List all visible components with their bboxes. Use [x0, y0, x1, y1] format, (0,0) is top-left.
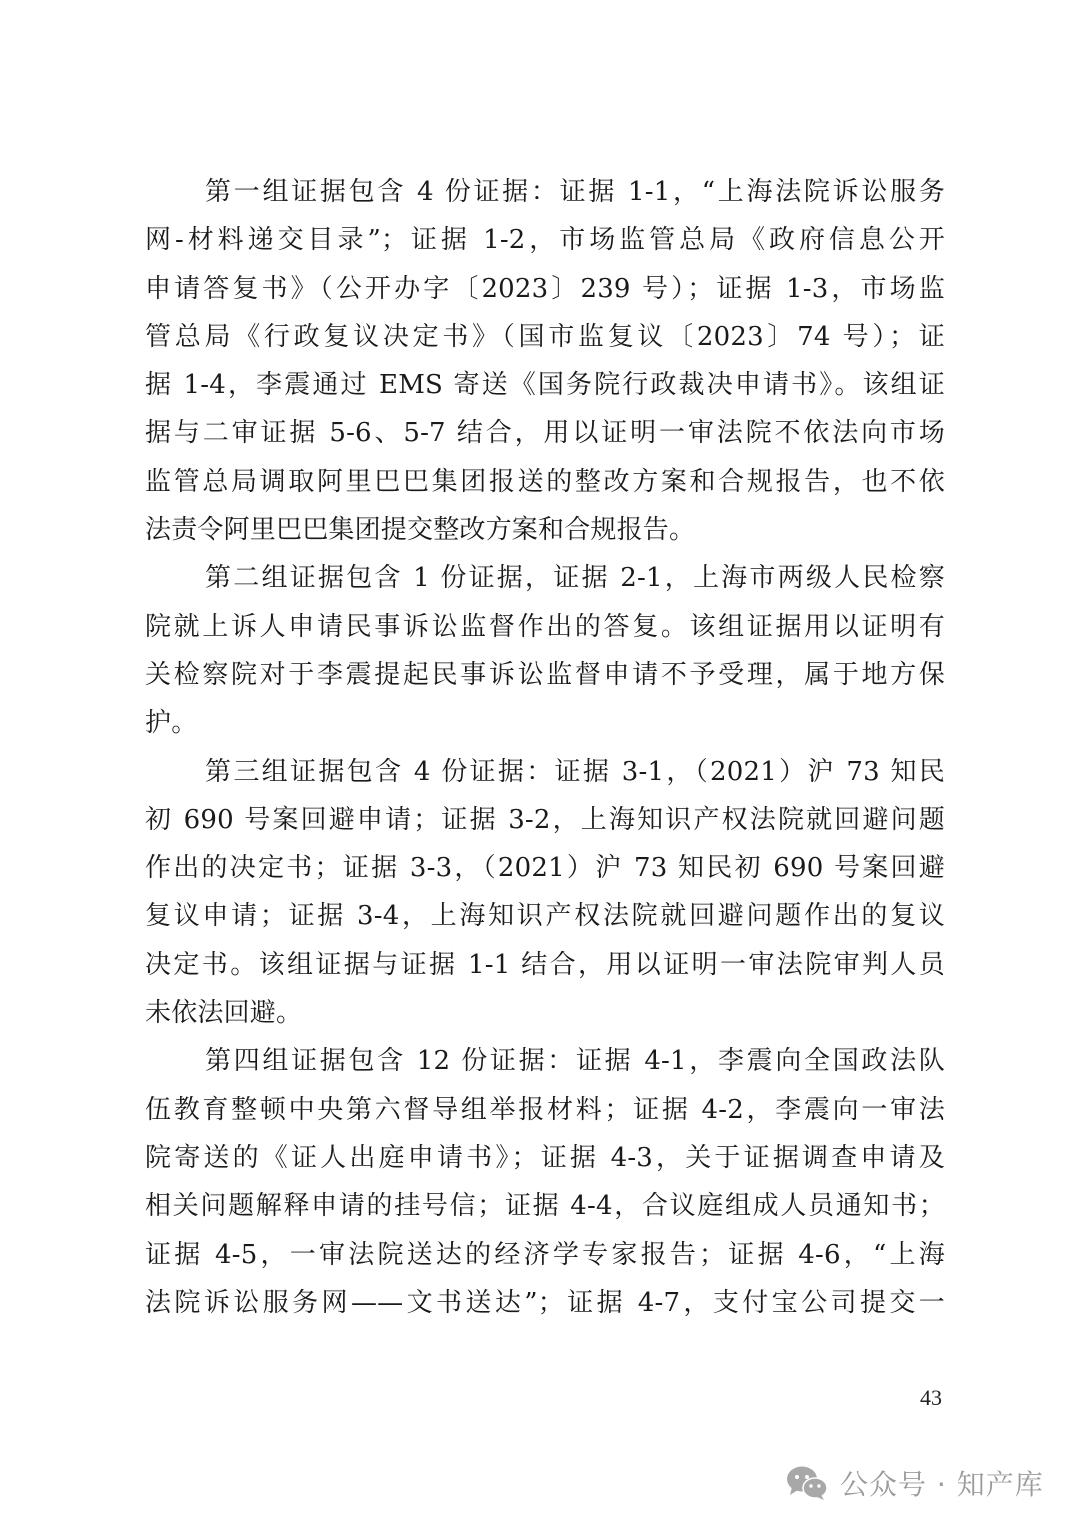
- page-number: 43: [920, 1385, 942, 1411]
- text-line: 据 1-4，李震通过 EMS 寄送《国务院行政裁决申请书》。该组证: [145, 361, 945, 409]
- text-line: 伍教育整顿中央第六督导组举报材料；证据 4-2，李震向一审法: [145, 1086, 945, 1134]
- text-line: 证据 4-5，一审法院送达的经济学专家报告；证据 4-6，“上海: [145, 1231, 945, 1279]
- text-line: 院寄送的《证人出庭申请书》；证据 4-3，关于证据调查申请及: [145, 1134, 945, 1182]
- text-line: 第三组证据包含 4 份证据：证据 3-1，（2021）沪 73 知民: [145, 748, 945, 796]
- paragraph-evidence-group-4: 第四组证据包含 12 份证据：证据 4-1，李震向全国政法队 伍教育整顿中央第六…: [145, 1037, 945, 1327]
- text-line: 关检察院对于李震提起民事诉讼监督申请不予受理，属于地方保: [145, 651, 945, 699]
- text-line: 第四组证据包含 12 份证据：证据 4-1，李震向全国政法队: [145, 1037, 945, 1085]
- text-line: 法责令阿里巴巴集团提交整改方案和合规报告。: [145, 506, 945, 554]
- watermark-text: 公众号 · 知产库: [840, 1463, 1044, 1503]
- text-line: 相关问题解释申请的挂号信；证据 4-4，合议庭组成人员通知书；: [145, 1182, 945, 1230]
- document-page: 第一组证据包含 4 份证据：证据 1-1，“上海法院诉讼服务 网-材料递交目录”…: [0, 0, 1080, 1527]
- text-line: 作出的决定书；证据 3-3，（2021）沪 73 知民初 690 号案回避: [145, 844, 945, 892]
- text-line: 监管总局调取阿里巴巴集团报送的整改方案和合规报告，也不依: [145, 458, 945, 506]
- watermark: 公众号 · 知产库: [786, 1463, 1044, 1503]
- text-line: 据与二审证据 5-6、5-7 结合，用以证明一审法院不依法向市场: [145, 409, 945, 457]
- paragraph-evidence-group-3: 第三组证据包含 4 份证据：证据 3-1，（2021）沪 73 知民 初 690…: [145, 748, 945, 1038]
- paragraph-evidence-group-1: 第一组证据包含 4 份证据：证据 1-1，“上海法院诉讼服务 网-材料递交目录”…: [145, 168, 945, 554]
- text-line: 第一组证据包含 4 份证据：证据 1-1，“上海法院诉讼服务: [145, 168, 945, 216]
- wechat-icon: [786, 1465, 828, 1501]
- text-line: 未依法回避。: [145, 989, 945, 1037]
- text-line: 网-材料递交目录”；证据 1-2，市场监管总局《政府信息公开: [145, 216, 945, 264]
- text-line: 管总局《行政复议决定书》（国市监复议〔2023〕74 号）；证: [145, 313, 945, 361]
- text-line: 决定书。该组证据与证据 1-1 结合，用以证明一审法院审判人员: [145, 941, 945, 989]
- text-line: 初 690 号案回避申请；证据 3-2，上海知识产权法院就回避问题: [145, 796, 945, 844]
- text-line: 法院诉讼服务网——文书送达”；证据 4-7，支付宝公司提交一: [145, 1279, 945, 1327]
- text-line: 院就上诉人申请民事诉讼监督作出的答复。该组证据用以证明有: [145, 603, 945, 651]
- text-line: 复议申请；证据 3-4，上海知识产权法院就回避问题作出的复议: [145, 892, 945, 940]
- paragraph-evidence-group-2: 第二组证据包含 1 份证据，证据 2-1，上海市两级人民检察 院就上诉人申请民事…: [145, 554, 945, 747]
- text-line: 护。: [145, 699, 945, 747]
- text-line: 申请答复书》（公开办字〔2023〕239 号）；证据 1-3，市场监: [145, 265, 945, 313]
- text-line: 第二组证据包含 1 份证据，证据 2-1，上海市两级人民检察: [145, 554, 945, 602]
- document-body: 第一组证据包含 4 份证据：证据 1-1，“上海法院诉讼服务 网-材料递交目录”…: [145, 168, 945, 1327]
